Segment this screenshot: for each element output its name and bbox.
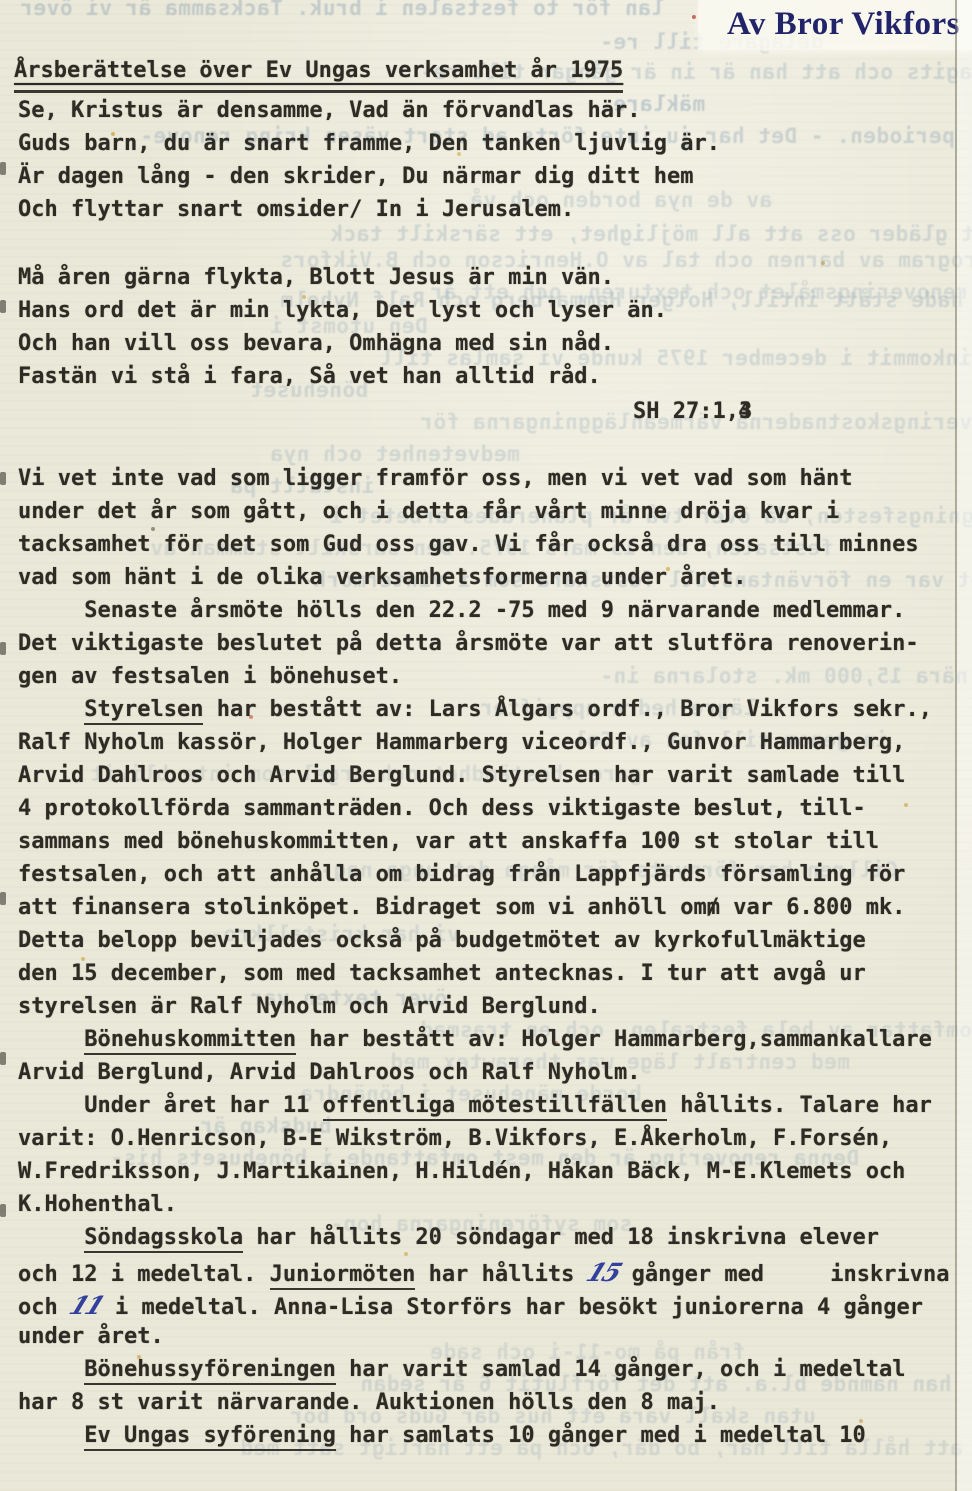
scan-artifact <box>0 892 6 905</box>
text-segment: W.Fredriksson, J.Martikainen, H.Hildén, … <box>18 1159 905 1184</box>
hymn-reference: SH 27:1,34 <box>633 399 752 432</box>
text-line: Arvid Dahlroos och Arvid Berglund. Styre… <box>18 763 950 796</box>
text-line: och 12 i medeltal. Juniormöten har hålli… <box>18 1258 950 1291</box>
text-line: styrelsen är Ralf Nyholm och Arvid Bergl… <box>18 994 950 1027</box>
scan-artifact <box>0 300 6 313</box>
scan-artifact <box>0 1052 6 1065</box>
underlined-heading: Styrelsen <box>84 697 203 725</box>
text-segment: Arvid Dahlroos och Arvid Berglund. Styre… <box>18 763 905 788</box>
text-segment: under året. <box>18 1324 164 1349</box>
underlined-heading: offentliga mötestillfällen <box>323 1093 667 1121</box>
text-line: Må åren gärna flykta, Blott Jesus är min… <box>18 265 667 298</box>
text-line: Under året har 11 offentliga mötestillfä… <box>18 1093 950 1126</box>
text-segment: i medeltal. Anna-Lisa Storförs har besök… <box>102 1295 923 1320</box>
text-line: SH 27:1,34 <box>633 399 752 432</box>
text-segment: Under året har 11 <box>18 1093 323 1118</box>
text-line: tacksamhet för det som Gud oss gav. Vi f… <box>18 532 950 565</box>
text-line: och 11 i medeltal. Anna-Lisa Storförs ha… <box>18 1291 950 1324</box>
text-segment: Detta belopp beviljades också på budgetm… <box>18 928 866 953</box>
text-line: under det år som gått, och i detta får v… <box>18 499 950 532</box>
text-line: Ev Ungas syförening har samlats 10 gånge… <box>18 1423 950 1456</box>
text-segment: Ralf Nyholm kassör, Holger Hammarberg vi… <box>18 730 905 755</box>
poem-stanza-2: Må åren gärna flykta, Blott Jesus är min… <box>18 265 667 397</box>
text-line: K.Hohenthal. <box>18 1192 950 1225</box>
text-segment: Arvid Berglund, Arvid Dahlroos och Ralf … <box>18 1060 641 1085</box>
text-segment: tacksamhet för det som Gud oss gav. Vi f… <box>18 532 919 557</box>
scanned-document-page: lan för to festsalen i bruk. Tacksamma ä… <box>0 0 972 1491</box>
text-line: att finansera stolinköpet. Bidraget som … <box>18 895 950 928</box>
text-line: varit: O.Henricson, B-E Wikström, B.Vikf… <box>18 1126 950 1159</box>
text-segment: den 15 december, som med tacksamhet ante… <box>18 961 866 986</box>
text-line: Guds barn, du är snart framme, Den tanke… <box>18 131 720 164</box>
text-line: Det viktigaste beslutet på detta årsmöte… <box>18 631 950 664</box>
text-line: den 15 december, som med tacksamhet ante… <box>18 961 950 994</box>
text-segment: Och flyttar snart omsider/ In i Jerusale… <box>18 197 574 222</box>
text-segment: vad som hänt i de olika verksamhetsforme… <box>18 565 746 590</box>
text-segment: sammans med bönehuskommitten, var att an… <box>18 829 879 854</box>
text-segment: Det viktigaste beslutet på detta årsmöte… <box>18 631 919 656</box>
text-line: 4 protokollförda sammanträden. Och dess … <box>18 796 950 829</box>
text-segment: festsalen, och att anhålla om bidrag frå… <box>18 862 905 887</box>
underlined-heading: Juniormöten <box>270 1262 416 1290</box>
text-line: festsalen, och att anhålla om bidrag frå… <box>18 862 950 895</box>
text-segment: Är dagen lång - den skrider, Du närmar d… <box>18 164 694 189</box>
text-segment: gånger med inskrivna <box>618 1262 949 1287</box>
text-segment: under det år som gått, och i detta får v… <box>18 499 839 524</box>
text-segment <box>18 1225 84 1250</box>
text-segment <box>18 1027 84 1052</box>
typewritten-ink-layer: Av Bror Vikfors Årsberättelse över Ev Un… <box>0 0 972 1491</box>
text-segment: har varit samlad 14 gånger, och i medelt… <box>336 1357 906 1382</box>
text-line: Är dagen lång - den skrider, Du närmar d… <box>18 164 720 197</box>
text-line: Bönehussyföreningen har varit samlad 14 … <box>18 1357 950 1390</box>
text-segment: Vi vet inte vad som ligger framför oss, … <box>18 466 852 491</box>
text-segment: Hans ord det är min lykta, Det lyst och … <box>18 298 667 323</box>
text-segment: gen av festsalen i bönehuset. <box>18 664 402 689</box>
text-line: vad som hänt i de olika verksamhetsforme… <box>18 565 950 598</box>
text-line: gen av festsalen i bönehuset. <box>18 664 950 697</box>
text-line: Senaste årsmöte hölls den 22.2 -75 med 9… <box>18 598 950 631</box>
author-credit: Av Bror Vikfors <box>727 6 960 43</box>
text-segment: och 12 i medeltal. <box>18 1262 270 1287</box>
underlined-heading: Söndagsskola <box>84 1225 243 1253</box>
text-segment: har hållits 20 söndagar med 18 inskrivna… <box>243 1225 879 1250</box>
text-segment: styrelsen är Ralf Nyholm och Arvid Bergl… <box>18 994 601 1019</box>
text-segment: att finansera stolinköpet. Bidraget som … <box>18 895 707 920</box>
text-line: Och flyttar snart omsider/ In i Jerusale… <box>18 197 720 230</box>
text-segment: Må åren gärna flykta, Blott Jesus är min… <box>18 265 614 290</box>
text-segment: Senaste årsmöte hölls den 22.2 -75 med 9… <box>18 598 905 623</box>
text-segment: SH 27:1, <box>633 399 739 424</box>
text-line: Bönehuskommitten har bestått av: Holger … <box>18 1027 950 1060</box>
text-segment: har 8 st varit närvarande. Auktionen höl… <box>18 1390 720 1415</box>
text-segment: K.Hohenthal. <box>18 1192 177 1217</box>
text-line: sammans med bönehuskommitten, var att an… <box>18 829 950 862</box>
scan-artifact <box>0 472 6 485</box>
text-segment: och <box>18 1295 71 1320</box>
text-segment: har samlats 10 gånger med i medeltal 10 <box>336 1423 866 1448</box>
scan-edge-strip <box>957 0 972 1491</box>
text-segment: har hållits <box>415 1262 587 1287</box>
text-segment: var 6.800 mk. <box>720 895 905 920</box>
scan-artifact <box>0 162 6 175</box>
underlined-heading: Bönehussyföreningen <box>84 1357 336 1385</box>
underlined-heading: Bönehuskommitten <box>84 1027 296 1055</box>
text-segment: har bestått av: Holger Hammarberg,samman… <box>296 1027 932 1052</box>
text-line: Ralf Nyholm kassör, Holger Hammarberg vi… <box>18 730 950 763</box>
text-segment: Fastän vi stå i fara, Så vet han alltid … <box>18 364 601 389</box>
text-segment: Se, Kristus är densamme, Vad än förvandl… <box>18 98 641 123</box>
text-line: Söndagsskola har hållits 20 söndagar med… <box>18 1225 950 1258</box>
report-body: Vi vet inte vad som ligger framför oss, … <box>18 466 950 1456</box>
document-title: Årsberättelse över Ev Ungas verksamhet å… <box>14 58 623 93</box>
text-line: Fastän vi stå i fara, Så vet han alltid … <box>18 364 667 397</box>
text-segment: Och han vill oss bevara, Omhägna med sin… <box>18 331 614 356</box>
text-line: Hans ord det är min lykta, Det lyst och … <box>18 298 667 331</box>
text-line: Arvid Berglund, Arvid Dahlroos och Ralf … <box>18 1060 950 1093</box>
scan-artifact <box>0 1204 6 1217</box>
text-line: W.Fredriksson, J.Martikainen, H.Hildén, … <box>18 1159 950 1192</box>
text-line: under året. <box>18 1324 950 1357</box>
text-segment: hållits. Talare har <box>667 1093 932 1118</box>
text-line: Detta belopp beviljades också på budgetm… <box>18 928 950 961</box>
text-line: Se, Kristus är densamme, Vad än förvandl… <box>18 98 720 131</box>
text-segment <box>18 697 84 722</box>
text-line: Vi vet inte vad som ligger framför oss, … <box>18 466 950 499</box>
text-segment <box>18 1423 84 1448</box>
scan-artifact <box>0 642 6 655</box>
text-line: Styrelsen har bestått av: Lars Ålgars or… <box>18 697 950 730</box>
text-segment: 4 protokollförda sammanträden. Och dess … <box>18 796 866 821</box>
underlined-heading: Ev Ungas syförening <box>84 1423 336 1451</box>
text-segment: Guds barn, du är snart framme, Den tanke… <box>18 131 720 156</box>
text-line: Och han vill oss bevara, Omhägna med sin… <box>18 331 667 364</box>
text-segment: varit: O.Henricson, B-E Wikström, B.Vikf… <box>18 1126 892 1151</box>
text-segment: har bestått av: Lars Ålgars ordf., Bror … <box>203 697 931 722</box>
text-segment <box>18 1357 84 1382</box>
text-line: har 8 st varit närvarande. Auktionen höl… <box>18 1390 950 1423</box>
poem-stanza-1: Se, Kristus är densamme, Vad än förvandl… <box>18 98 720 230</box>
